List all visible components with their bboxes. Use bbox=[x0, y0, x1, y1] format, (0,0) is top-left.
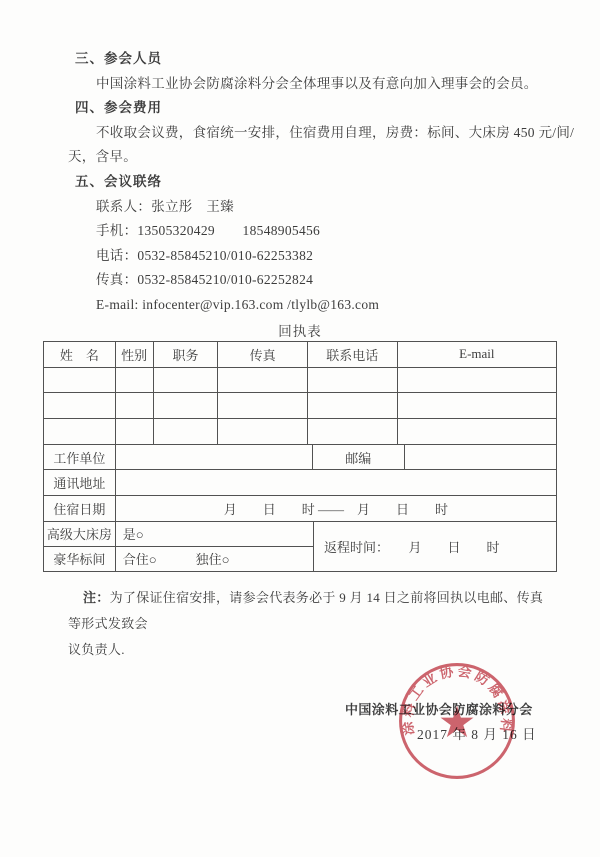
note-text-line1: 为了保证住宿安排，请参会代表务必于 9 月 14 日之前将回执以电邮、传真等形式… bbox=[68, 590, 543, 631]
blank-cell bbox=[218, 393, 308, 418]
address-blank bbox=[116, 470, 556, 495]
contact-phone-line: 电话：0532-85845210/010-62253382 bbox=[0, 244, 600, 269]
blank-cell bbox=[218, 419, 308, 444]
blank-cell bbox=[398, 393, 556, 418]
standard-room-row: 豪华标间 合住○ 独住○ bbox=[44, 547, 313, 572]
blank-cell bbox=[44, 393, 116, 418]
standard-room-options: 合住○ 独住○ bbox=[116, 547, 313, 572]
postcode-blank bbox=[405, 445, 556, 470]
work-unit-label: 工作单位 bbox=[44, 445, 116, 470]
attendee-row-empty bbox=[44, 419, 556, 445]
king-room-label: 高级大床房 bbox=[44, 522, 116, 546]
section-heading-participants: 三、参会人员 bbox=[0, 47, 600, 72]
attendee-row-empty bbox=[44, 368, 556, 394]
note-text-line2: 议负责人. bbox=[68, 642, 125, 657]
address-row: 通讯地址 bbox=[44, 470, 556, 496]
address-label: 通讯地址 bbox=[44, 470, 116, 495]
section-heading-fees: 四、参会费用 bbox=[0, 96, 600, 121]
footnote: 注：为了保证住宿安排，请参会代表务必于 9 月 14 日之前将回执以电邮、传真等… bbox=[68, 585, 546, 663]
blank-cell bbox=[44, 368, 116, 393]
attendee-row-empty bbox=[44, 393, 556, 419]
header-cell-phone: 联系电话 bbox=[308, 342, 398, 367]
table-header-row: 姓 名 性别 职务 传真 联系电话 E-mail bbox=[44, 342, 556, 368]
contact-fax-line: 传真：0532-85845210/010-62252824 bbox=[0, 268, 600, 293]
postcode-label: 邮编 bbox=[313, 445, 405, 470]
blank-cell bbox=[308, 393, 398, 418]
contact-email-line: E-mail: infocenter@vip.163.com /tlylb@16… bbox=[0, 293, 600, 318]
seal-star-icon bbox=[441, 706, 474, 737]
work-unit-row: 工作单位 邮编 bbox=[44, 445, 556, 471]
room-type-rows: 高级大床房 是○ 豪华标间 合住○ 独住○ 返程时间： 月 日 时 bbox=[44, 522, 556, 571]
section-heading-contact: 五、会议联络 bbox=[0, 170, 600, 195]
king-room-row: 高级大床房 是○ bbox=[44, 522, 313, 547]
stay-date-row: 住宿日期 月 日 时 —— 月 日 时 bbox=[44, 496, 556, 522]
header-cell-title: 职务 bbox=[154, 342, 219, 367]
header-cell-name: 姓 名 bbox=[44, 342, 116, 367]
note-prefix: 注： bbox=[83, 590, 110, 605]
contact-mobile-line: 手机：13505320429 18548905456 bbox=[0, 219, 600, 244]
blank-cell bbox=[308, 419, 398, 444]
blank-cell bbox=[154, 419, 219, 444]
blank-cell bbox=[116, 419, 154, 444]
king-room-option: 是○ bbox=[116, 522, 313, 546]
fees-text-line2: 天，含早。 bbox=[0, 145, 600, 170]
red-seal-stamp: 中国涂料工业协会防腐涂料分会 bbox=[396, 660, 518, 782]
blank-cell bbox=[116, 368, 154, 393]
blank-cell bbox=[116, 393, 154, 418]
blank-cell bbox=[398, 368, 556, 393]
blank-cell bbox=[398, 419, 556, 444]
fees-text-line1: 不收取会议费，食宿统一安排，住宿费用自理，房费：标间、大床房 450 元/间/ bbox=[0, 121, 600, 146]
stay-date-label: 住宿日期 bbox=[44, 496, 116, 521]
header-cell-email: E-mail bbox=[398, 342, 556, 367]
standard-room-label: 豪华标间 bbox=[44, 547, 116, 572]
blank-cell bbox=[154, 368, 219, 393]
return-time-cell: 返程时间： 月 日 时 bbox=[314, 522, 556, 571]
stay-date-value: 月 日 时 —— 月 日 时 bbox=[116, 496, 556, 521]
reply-form-table: 姓 名 性别 职务 传真 联系电话 E-mail bbox=[43, 341, 557, 572]
blank-cell bbox=[308, 368, 398, 393]
contact-person-line: 联系人：张立彤 王臻 bbox=[0, 195, 600, 220]
blank-cell bbox=[44, 419, 116, 444]
blank-cell bbox=[218, 368, 308, 393]
header-cell-gender: 性别 bbox=[116, 342, 154, 367]
reply-form-title: 回执表 bbox=[43, 320, 557, 340]
work-unit-blank bbox=[116, 445, 313, 470]
blank-cell bbox=[154, 393, 219, 418]
scanned-document-page: 三、参会人员 中国涂料工业协会防腐涂料分会全体理事以及有意向加入理事会的会员。 … bbox=[0, 0, 600, 857]
room-type-left-stack: 高级大床房 是○ 豪华标间 合住○ 独住○ bbox=[44, 522, 314, 571]
header-cell-fax: 传真 bbox=[218, 342, 308, 367]
participants-text: 中国涂料工业协会防腐涂料分会全体理事以及有意向加入理事会的会员。 bbox=[0, 72, 600, 97]
document-body: 三、参会人员 中国涂料工业协会防腐涂料分会全体理事以及有意向加入理事会的会员。 … bbox=[0, 47, 600, 318]
